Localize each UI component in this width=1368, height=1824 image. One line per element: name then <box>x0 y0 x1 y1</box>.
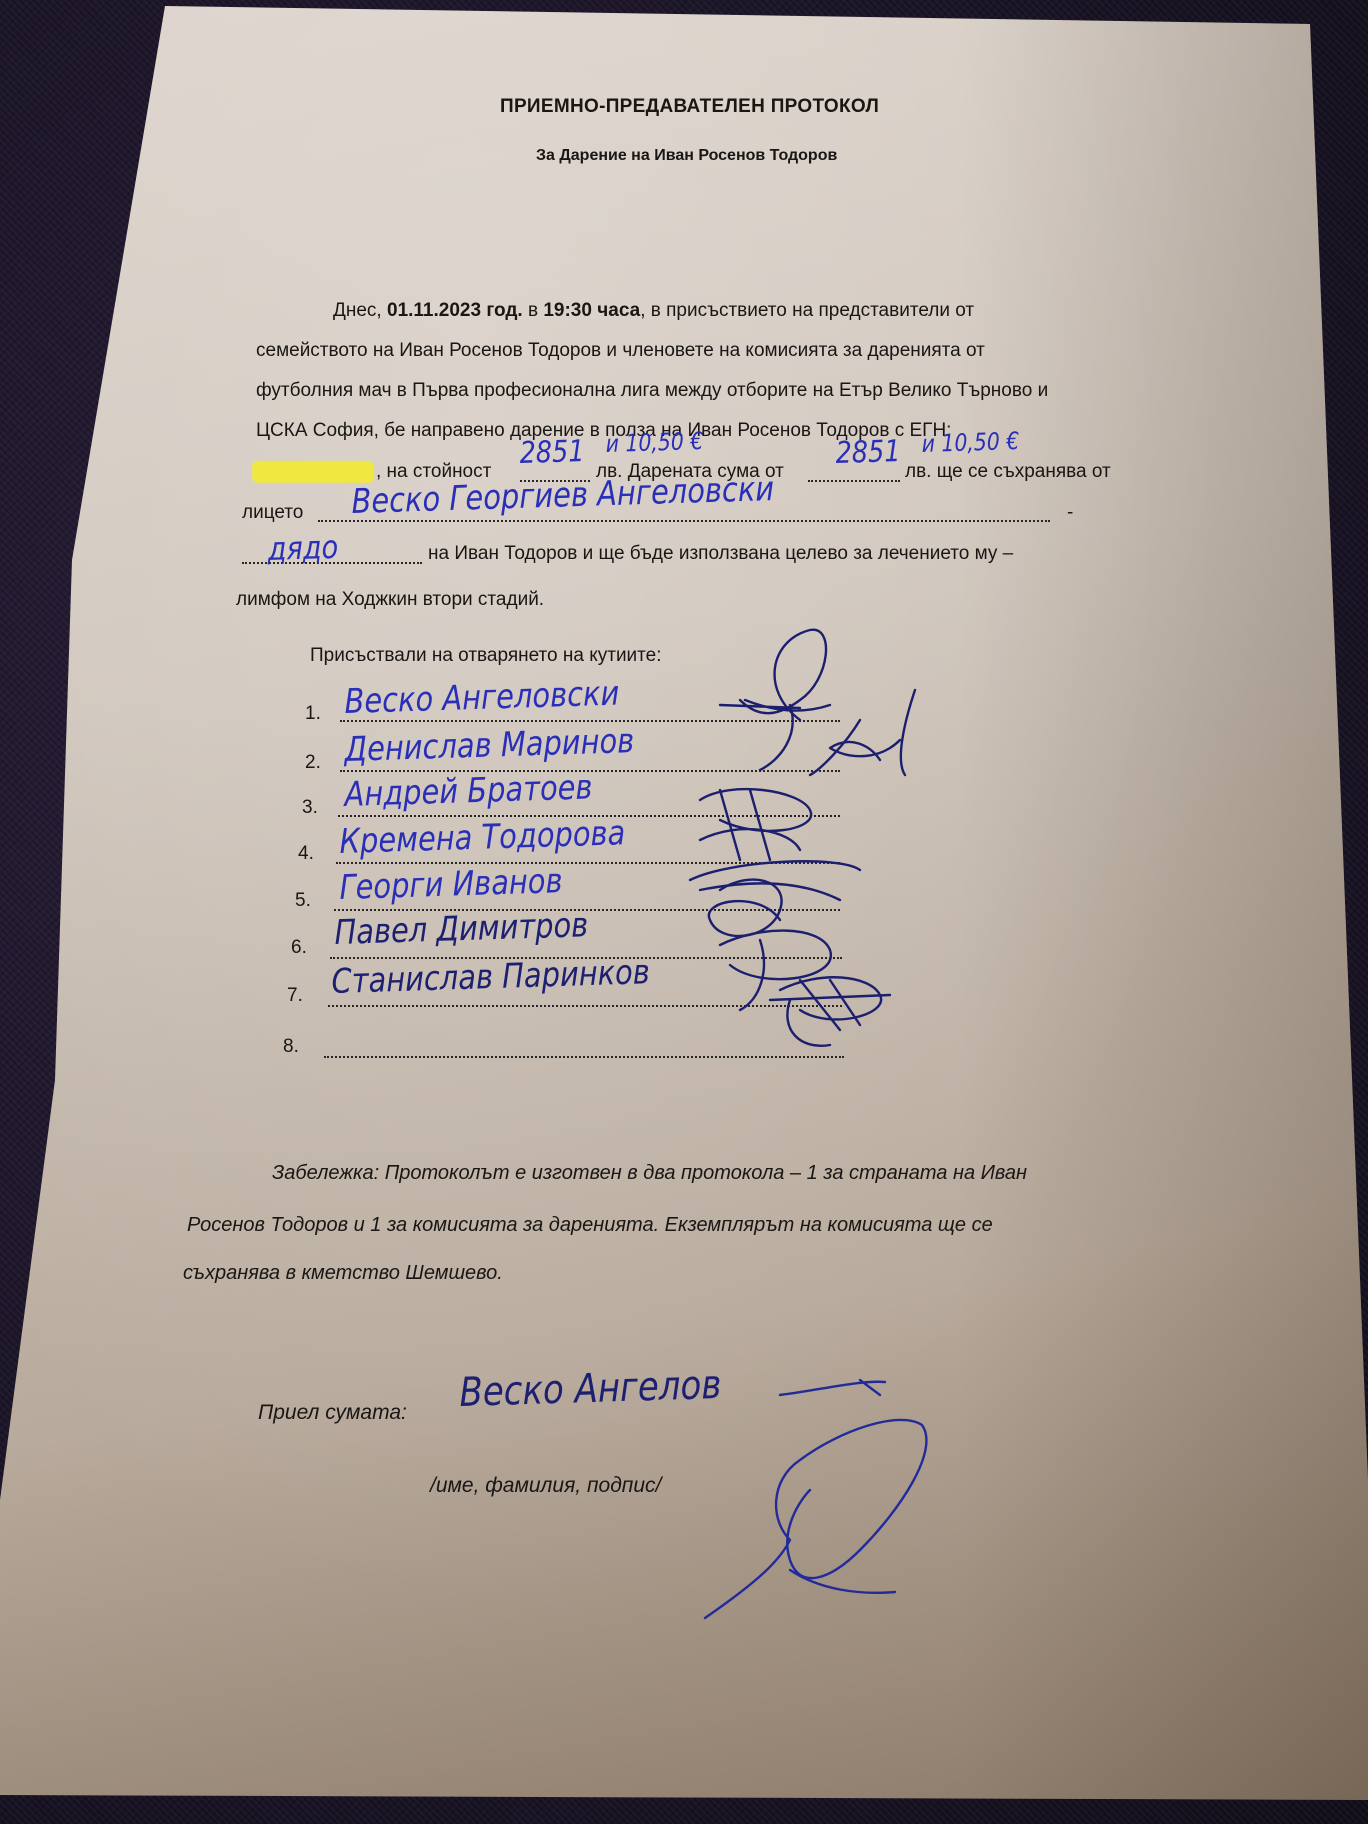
egn-redaction-highlight <box>252 461 374 483</box>
receiver-signature <box>0 0 1368 1824</box>
